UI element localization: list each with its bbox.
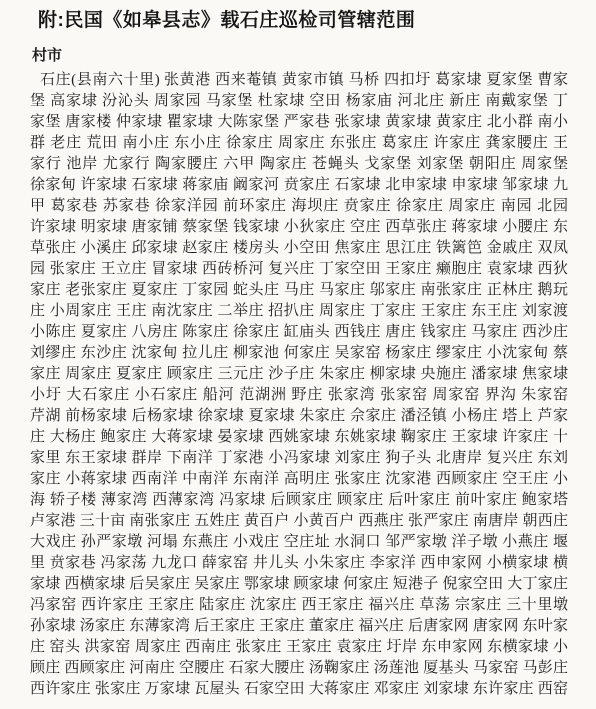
body-line: 草张庄 小溪庄 邱家埭 赵家庄 楼房头 小空田 焦家庄 思江庄 铁篱笆 金戚庄 … <box>30 238 568 259</box>
document-page: 附:民国《如皋县志》载石庄巡检司管辖范围 村市 石庄(县南六十里) 张黄港 西来… <box>0 0 596 709</box>
body-line: 里 贲家巷 冯家荡 九龙口 薛家窑 井儿头 小朱家庄 李家洋 西申家网 小横家埭… <box>30 553 568 574</box>
body-line: 庄 小周家庄 王庄 南沈家庄 二举庄 招扒庄 周家庄 丁家庄 王家庄 东王庄 刘… <box>30 301 568 322</box>
body-line: 小陈庄 夏家庄 八房庄 陈家庄 徐家庄 缸庙头 西钱庄 唐庄 钱家庄 马家庄 西… <box>30 322 568 343</box>
body-line: 顾庄 西顾家庄 河南庄 空腰庄 石家大腰庄 汤鞠家庄 汤莲池 厦基头 马家窑 马… <box>30 658 568 679</box>
body-line: 孙家埭 汤家庄 东薄家湾 后王家庄 王家庄 董家庄 福兴庄 后唐家网 唐家网 东… <box>30 616 568 637</box>
section-heading: 村市 <box>32 48 568 64</box>
body-line: 西许家庄 张家庄 万家埭 瓦屋头 石家空田 大蒋家庄 邓家庄 刘家埭 东许家庄 … <box>30 679 568 700</box>
body-line: 家里 东王家埭 群岸 下南洋 丁家港 小冯家埭 刘家庄 狗子头 北唐岸 复兴庄 … <box>30 448 568 469</box>
body-line: 家堡 唐家楼 仲家埭 瞿家埭 大陈家堡 严家巷 张家埭 黄家埭 黄家庄 北小群 … <box>30 112 568 133</box>
body-line: 冯家窑 西许家庄 王家庄 陆家庄 沈家庄 西王家庄 福兴庄 草荡 宗家庄 三十里… <box>30 595 568 616</box>
body-line: 甲 葛家巷 苏家巷 徐家洋园 前环家庄 海坝庄 贲家庄 徐家庄 周家庄 南园 北… <box>30 196 568 217</box>
body-text: 石庄(县南六十里) 张黄港 西来菴镇 黄家市镇 马桥 四扣圩 葛家埭 夏家堡 曹… <box>30 70 568 700</box>
body-line: 大戏庄 孙严家墩 河塌 东燕庄 小戏庄 空庄址 水洞口 邹严家墩 洋子墩 小燕庄… <box>30 532 568 553</box>
body-line: 刘缪庄 东沙庄 沈家甸 拉儿庄 柳家池 何家庄 吴家窑 杨家庄 缪家庄 小沈家甸… <box>30 343 568 364</box>
body-line: 群 老庄 荒田 南小庄 东小庄 徐家庄 周家庄 东张庄 葛家庄 许家庄 龚家腰庄… <box>30 133 568 154</box>
body-line: 庄 大杨庄 鲍家庄 大蒋家埭 晏家埭 西姚家埭 东姚家埭 鞠家庄 王家埭 许家庄… <box>30 427 568 448</box>
body-line: 庄 窑头 洪家窑 周家庄 西南庄 张家庄 王家庄 袁家庄 圩岸 东申家网 东横家… <box>30 637 568 658</box>
body-line: 家庄 周家庄 夏家庄 顾家庄 三元庄 沙子庄 朱家庄 柳家埭 央施庄 潘家埭 焦… <box>30 364 568 385</box>
body-line: 园 张家庄 王立庄 冒家埭 西砖桥河 复兴庄 丁家空田 王家庄 癞胞庄 袁家埭 … <box>30 259 568 280</box>
body-line: 石庄(县南六十里) 张黄港 西来菴镇 黄家市镇 马桥 四扣圩 葛家埭 夏家堡 曹… <box>30 70 568 91</box>
page-title: 附:民国《如皋县志》载石庄巡检司管辖范围 <box>38 8 568 33</box>
body-line: 小圩 大石家庄 小石家庄 船河 范湖洲 野庄 张家湾 张家窑 周家窑 界沟 朱家… <box>30 385 568 406</box>
body-line: 海 轿子楼 薄家湾 西薄家湾 冯家埭 后顾家庄 顾家庄 后叶家庄 前叶家庄 鲍家… <box>30 490 568 511</box>
body-line: 家庄 小蒋家埭 西南洋 中南洋 东南洋 高明庄 张家庄 沈家港 西顾家庄 空王庄… <box>30 469 568 490</box>
body-line: 许家埭 明家埭 唐家铺 蔡家堡 钱家埭 小狄家庄 空庄 西草张庄 蒋家埭 小腰庄… <box>30 217 568 238</box>
body-line: 卢家港 三十亩 南张家庄 五姓庄 黄百户 小黄百户 西燕庄 张严家庄 南唐岸 朝… <box>30 511 568 532</box>
body-line: 家埭 西横家埭 后吴家庄 吴家庄 鄂家埭 顾家埭 何家庄 短港子 倪家空田 大丁… <box>30 574 568 595</box>
body-line: 徐家甸 许家埭 石家埭 蒋家庙 阚家河 贲家庄 石家埭 北申家埭 申家埭 邹家埭… <box>30 175 568 196</box>
body-line: 家庄 老张家庄 夏家庄 丁家园 蛇头庄 马庄 马家庄 邬家庄 南张家庄 正林庄 … <box>30 280 568 301</box>
body-line: 家行 池岸 尤家行 陶家腰庄 六甲 陶家庄 苍蝇头 戈家堡 刘家堡 朝阳庄 周家… <box>30 154 568 175</box>
body-line: 芹湖 前杨家埭 后杨家埭 徐家埭 夏家埭 朱家庄 佘家庄 潘泾镇 小杨庄 塔上 … <box>30 406 568 427</box>
body-line: 堡 高家埭 汾沁头 周家园 马家堡 杜家埭 空田 杨家庙 河北庄 新庄 南戴家堡… <box>30 91 568 112</box>
